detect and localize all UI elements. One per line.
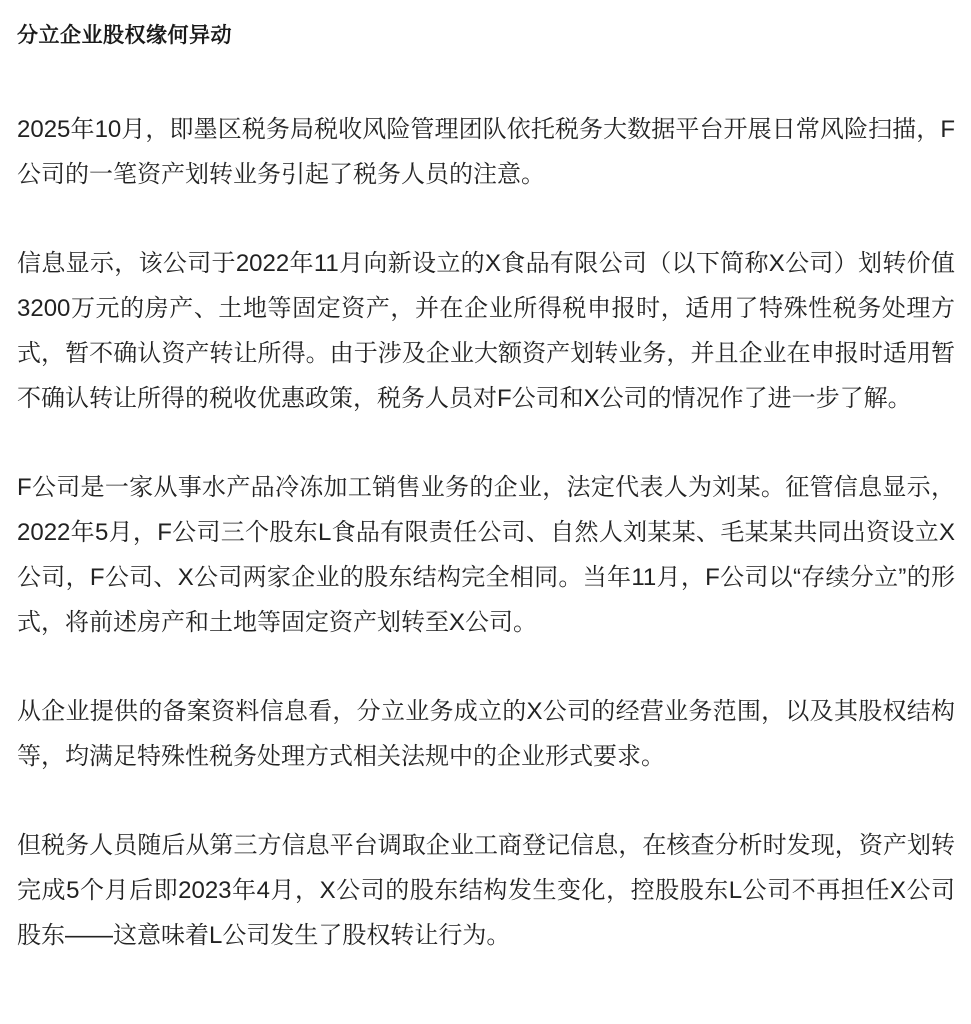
article-paragraph-4: 从企业提供的备案资料信息看，分立业务成立的X公司的经营业务范围，以及其股权结构等… xyxy=(17,689,955,779)
article-paragraph-1: 2025年10月，即墨区税务局税收风险管理团队依托税务大数据平台开展日常风险扫描… xyxy=(17,107,955,197)
article-title: 分立企业股权缘何异动 xyxy=(17,22,955,49)
article-paragraph-3: F公司是一家从事水产品冷冻加工销售业务的企业，法定代表人为刘某。征管信息显示，2… xyxy=(17,465,955,645)
article-page: 分立企业股权缘何异动 2025年10月，即墨区税务局税收风险管理团队依托税务大数… xyxy=(0,0,971,1024)
article-paragraph-5: 但税务人员随后从第三方信息平台调取企业工商登记信息，在核查分析时发现，资产划转完… xyxy=(17,823,955,958)
article-paragraph-2: 信息显示，该公司于2022年11月向新设立的X食品有限公司（以下简称X公司）划转… xyxy=(17,241,955,421)
